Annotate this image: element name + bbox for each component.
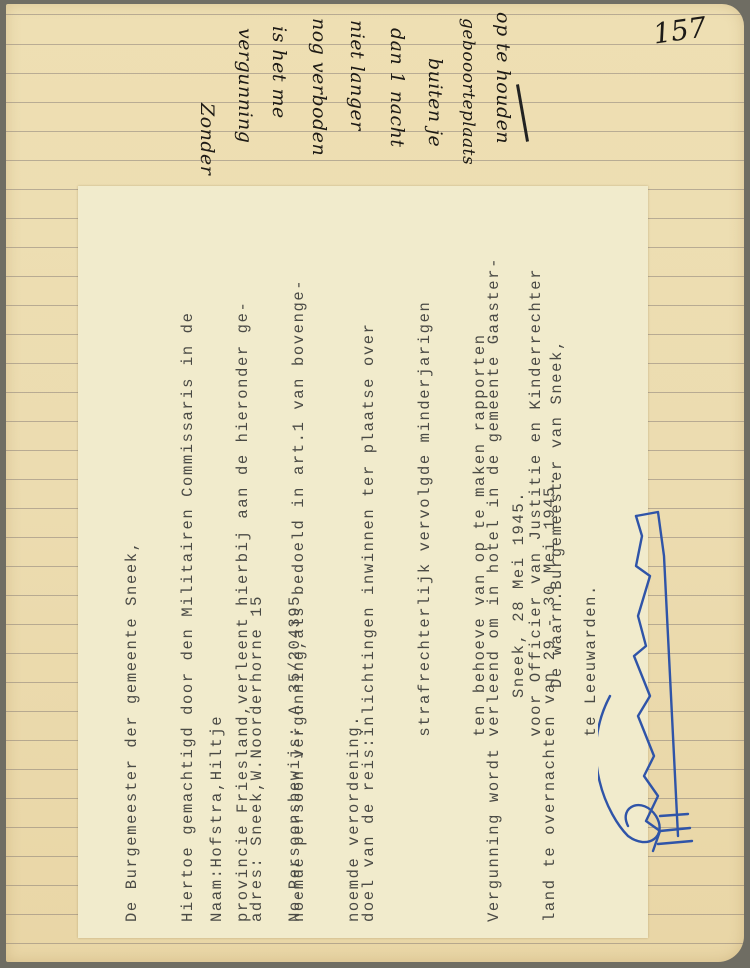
- handwritten-annotation: Zonder vergunning is het me nog verboden…: [196, 8, 536, 198]
- note-line: op te houden: [492, 12, 514, 144]
- note-line: gebooorteplaats: [458, 18, 478, 165]
- place-and-date: Sneek, 28 Mei 1945.: [510, 491, 529, 698]
- typed-permit-text: De Burgemeester der gemeente Sneek, Hier…: [78, 186, 648, 938]
- notebook-page: 157 Zonder vergunning is het me nog verb…: [6, 4, 744, 962]
- signatory-title: De waarn.Burgemeester van Sneek,: [548, 339, 567, 688]
- note-line: Zonder: [196, 103, 218, 175]
- note-line: nog verboden: [308, 18, 330, 156]
- name-field: Naam:Hofstra,Hiltje: [208, 715, 227, 922]
- note-line: niet langer: [346, 20, 368, 131]
- note-line: vergunning: [234, 28, 256, 143]
- note-line: dan 1 nacht: [386, 28, 408, 147]
- signature-icon: [598, 496, 718, 866]
- pasted-permit-note: De Burgemeester der gemeente Sneek, Hier…: [78, 186, 648, 938]
- note-line: buiten je: [424, 58, 446, 147]
- address-field: adres: Sneek,W.Noorderhorne 15: [248, 595, 267, 922]
- id-card-field: No.Persoonsbewijs: A 35/204395: [286, 595, 305, 922]
- note-line: is het me: [268, 26, 290, 119]
